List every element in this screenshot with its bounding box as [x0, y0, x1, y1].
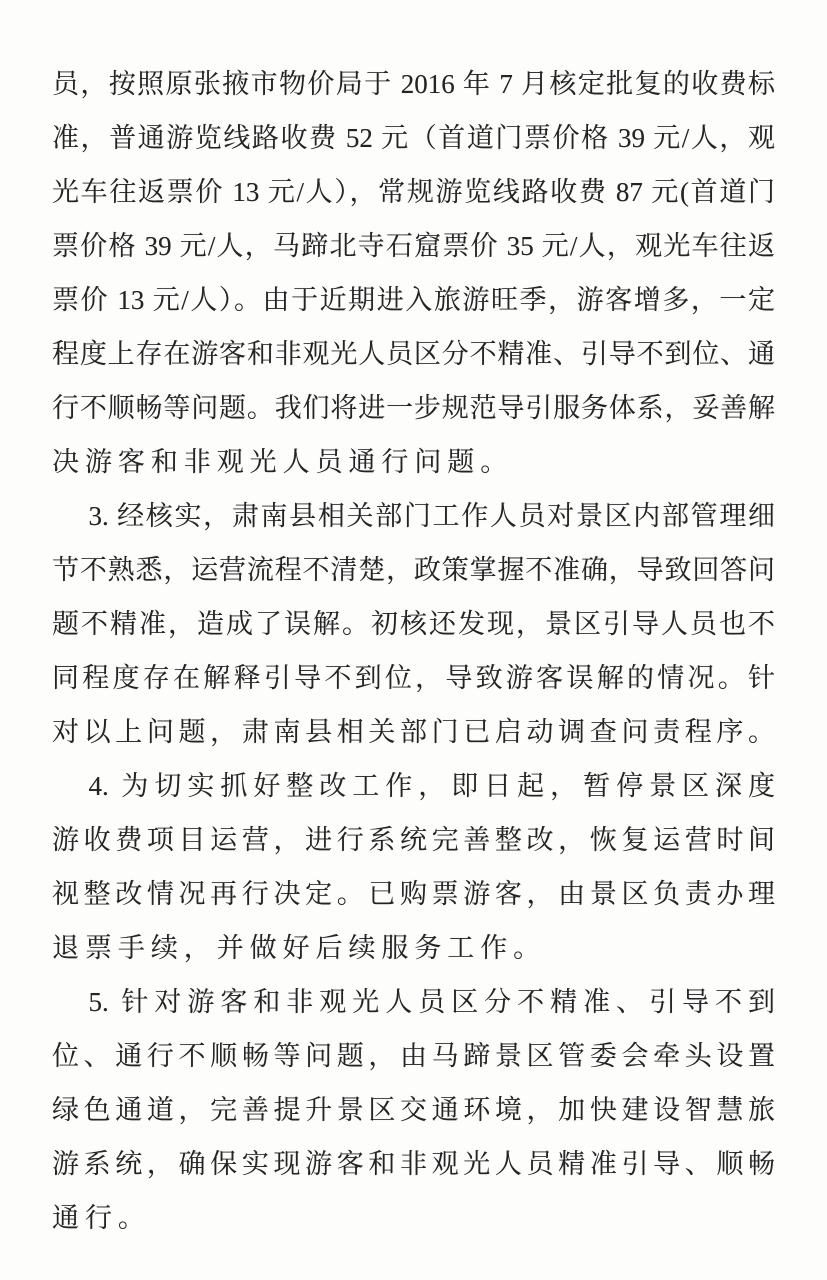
text-line: 视整改情况再行决定。已购票游客，由景区负责办理 — [52, 867, 775, 921]
paragraph-item-4-suspension: 4. 为切实抓好整改工作，即日起，暂停景区深度游收费项目运营，进行系统完善整改，… — [52, 759, 775, 975]
text-line: 光车往返票价 13 元/人），常规游览线路收费 87 元(首道门 — [52, 165, 775, 219]
text-line: 行不顺畅等问题。我们将进一步规范导引服务体系，妥善解 — [52, 381, 775, 435]
text-line: 题不精准，造成了误解。初核还发现，景区引导人员也不 — [52, 597, 775, 651]
text-line: 绿色通道，完善提升景区交通环境，加快建设智慧旅 — [52, 1083, 775, 1137]
text-line: 票价 13 元/人）。由于近期进入旅游旺季，游客增多，一定 — [52, 273, 775, 327]
text-line: 员，按照原张掖市物价局于 2016 年 7 月核定批复的收费标 — [52, 57, 775, 111]
paragraph-item-3-accountability: 3. 经核实，肃南县相关部门工作人员对景区内部管理细节不熟悉，运营流程不清楚，政… — [52, 489, 775, 759]
text-line: 3. 经核实，肃南县相关部门工作人员对景区内部管理细 — [52, 489, 775, 543]
text-line: 游系统，确保实现游客和非观光人员精准引导、顺畅 — [52, 1137, 775, 1191]
paragraph-item-5-green-channel: 5. 针对游客和非观光人员区分不精准、引导不到位、通行不顺畅等问题，由马蹄景区管… — [52, 975, 775, 1245]
text-line: 游收费项目运营，进行系统完善整改，恢复运营时间 — [52, 813, 775, 867]
text-line: 准，普通游览线路收费 52 元（首道门票价格 39 元/人，观 — [52, 111, 775, 165]
text-line: 位、通行不顺畅等问题，由马蹄景区管委会牵头设置 — [52, 1029, 775, 1083]
text-line: 通行。 — [52, 1191, 775, 1245]
text-line: 程度上存在游客和非观光人员区分不精准、引导不到位、通 — [52, 327, 775, 381]
document-body: 员，按照原张掖市物价局于 2016 年 7 月核定批复的收费标准，普通游览线路收… — [52, 57, 775, 1245]
text-line: 4. 为切实抓好整改工作，即日起，暂停景区深度 — [52, 759, 775, 813]
text-line: 票价格 39 元/人，马蹄北寺石窟票价 35 元/人，观光车往返 — [52, 219, 775, 273]
text-line: 同程度存在解释引导不到位，导致游客误解的情况。针 — [52, 651, 775, 705]
scanned-document-page: 员，按照原张掖市物价局于 2016 年 7 月核定批复的收费标准，普通游览线路收… — [0, 0, 827, 1280]
text-line: 退票手续，并做好后续服务工作。 — [52, 921, 775, 975]
paragraph-continuation-pricing: 员，按照原张掖市物价局于 2016 年 7 月核定批复的收费标准，普通游览线路收… — [52, 57, 775, 489]
text-line: 5. 针对游客和非观光人员区分不精准、引导不到 — [52, 975, 775, 1029]
text-line: 决游客和非观光人员通行问题。 — [52, 435, 775, 489]
text-line: 对以上问题，肃南县相关部门已启动调查问责程序。 — [52, 705, 775, 759]
text-line: 节不熟悉，运营流程不清楚，政策掌握不准确，导致回答问 — [52, 543, 775, 597]
